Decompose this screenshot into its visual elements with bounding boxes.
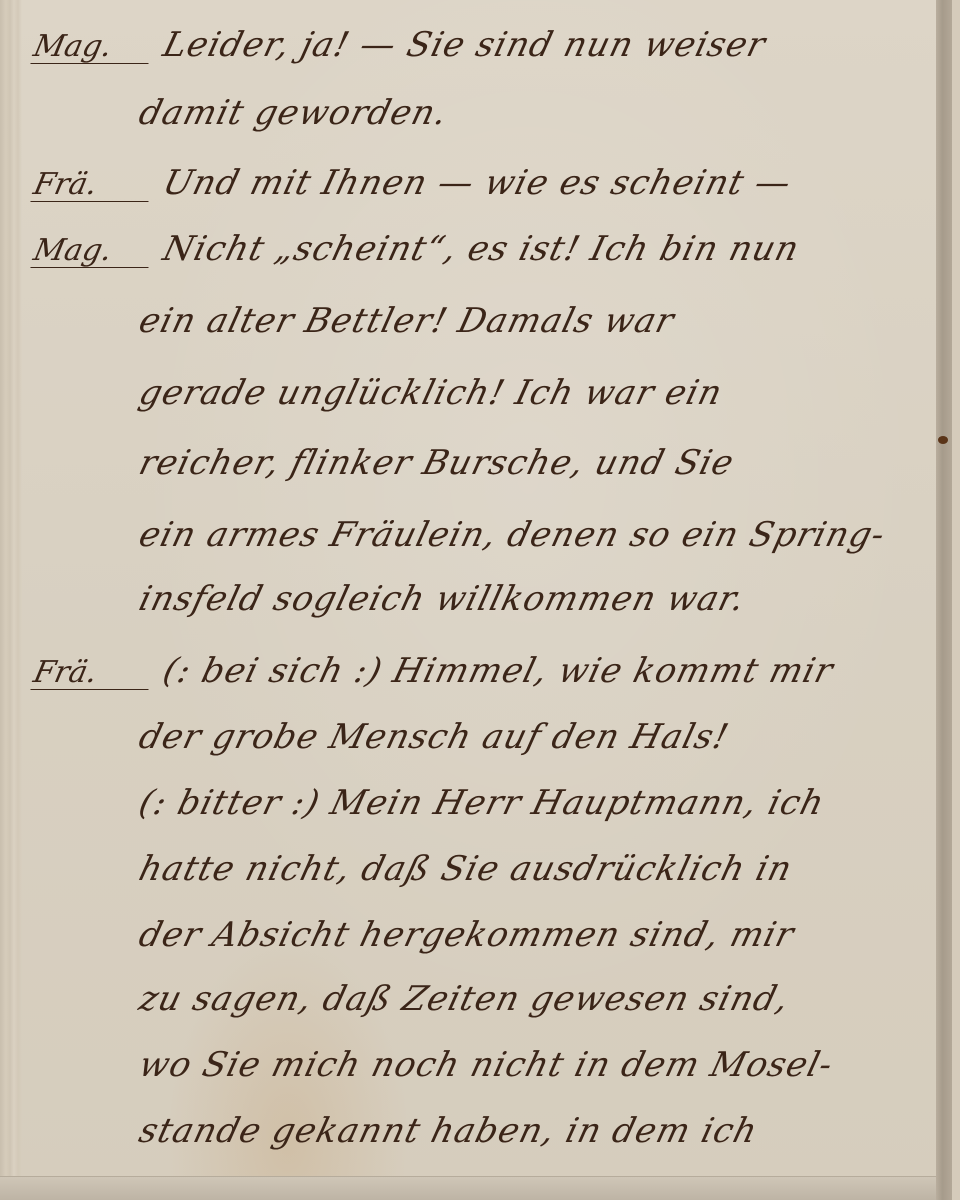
- manuscript-line: Frä.(: bei sich :) Himmel, wie kommt mir: [0, 640, 936, 700]
- line-text: ein armes Fräulein, denen so ein Spring-: [136, 518, 889, 552]
- line-text: (: bitter :) Mein Herr Hauptmann, ich: [136, 786, 828, 820]
- manuscript-line: insfeld sogleich willkommen war.: [0, 568, 936, 628]
- speaker-label: Frä.: [30, 656, 155, 690]
- line-text: gerade unglücklich! Ich war ein: [136, 376, 726, 410]
- adjacent-page-sliver: [952, 0, 960, 1200]
- page-bottom-edge: [0, 1176, 936, 1200]
- line-text: reicher, flinker Bursche, und Sie: [136, 446, 738, 480]
- page-fold-edge: [936, 0, 952, 1200]
- manuscript-page: Mag.Leider, ja! — Sie sind nun weiserdam…: [0, 0, 960, 1200]
- line-text: stande gekannt haben, in dem ich: [136, 1114, 761, 1148]
- line-text: wo Sie mich noch nicht in dem Mosel-: [136, 1048, 837, 1082]
- line-text: Leider, ja! — Sie sind nun weiser: [160, 28, 769, 62]
- manuscript-line: damit geworden.: [0, 82, 936, 142]
- line-text: damit geworden.: [136, 96, 451, 130]
- manuscript-line: der Absicht hergekommen sind, mir: [0, 904, 936, 964]
- line-text: hatte nicht, daß Sie ausdrücklich in: [136, 852, 796, 886]
- manuscript-line: wo Sie mich noch nicht in dem Mosel-: [0, 1034, 936, 1094]
- line-text: der grobe Mensch auf den Hals!: [136, 720, 733, 754]
- manuscript-line: stande gekannt haben, in dem ich: [0, 1100, 936, 1160]
- manuscript-line: Frä.Und mit Ihnen — wie es scheint —: [0, 152, 936, 212]
- line-text: zu sagen, daß Zeiten gewesen sind,: [136, 982, 793, 1016]
- manuscript-line: der grobe Mensch auf den Hals!: [0, 706, 936, 766]
- manuscript-line: (: bitter :) Mein Herr Hauptmann, ich: [0, 772, 936, 832]
- speaker-label: Mag.: [30, 234, 155, 268]
- speaker-label: Frä.: [30, 168, 155, 202]
- line-text: (: bei sich :) Himmel, wie kommt mir: [160, 654, 837, 688]
- line-text: ein alter Bettler! Damals war: [136, 304, 678, 338]
- manuscript-line: ein alter Bettler! Damals war: [0, 290, 936, 350]
- line-text: der Absicht hergekommen sind, mir: [136, 918, 798, 952]
- speaker-label: Mag.: [30, 30, 155, 64]
- line-text: Und mit Ihnen — wie es scheint —: [160, 166, 795, 200]
- manuscript-line: reicher, flinker Bursche, und Sie: [0, 432, 936, 492]
- line-text: insfeld sogleich willkommen war.: [136, 582, 749, 616]
- manuscript-line: Mag.Nicht „scheint“, es ist! Ich bin nun: [0, 218, 936, 278]
- manuscript-line: ein armes Fräulein, denen so ein Spring-: [0, 504, 936, 564]
- manuscript-line: zu sagen, daß Zeiten gewesen sind,: [0, 968, 936, 1028]
- ink-stain: [938, 436, 948, 444]
- manuscript-line: gerade unglücklich! Ich war ein: [0, 362, 936, 422]
- line-text: Nicht „scheint“, es ist! Ich bin nun: [160, 232, 803, 266]
- manuscript-line: Mag.Leider, ja! — Sie sind nun weiser: [0, 14, 936, 74]
- manuscript-line: hatte nicht, daß Sie ausdrücklich in: [0, 838, 936, 898]
